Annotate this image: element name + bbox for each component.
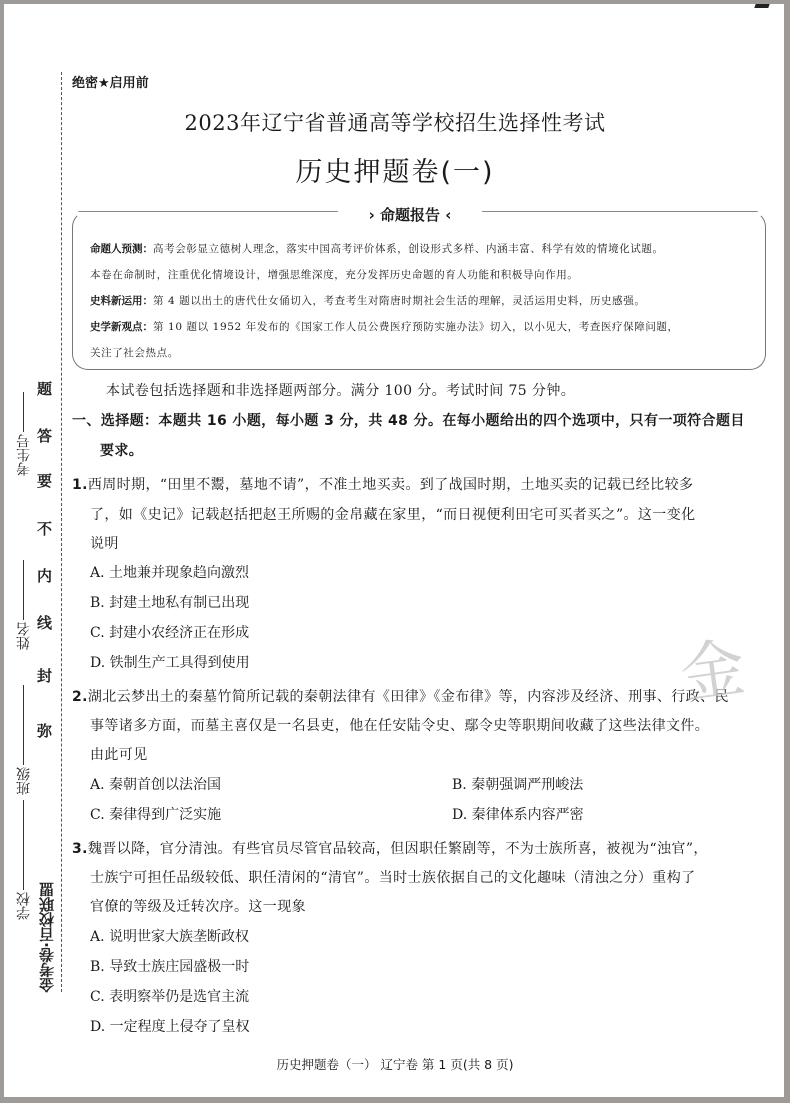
exam-number-label: 考生号	[16, 434, 32, 476]
name-label: 姓名	[16, 622, 32, 650]
question-3-line: 士族宁可担任品级较低、职任清闲的“清官”。当时士族依据自己的文化趣味（清浊之分）…	[90, 867, 696, 887]
section-heading-cont: 要求。	[100, 440, 143, 460]
school-label: 学校	[16, 892, 32, 920]
brand-watermark: 金	[674, 616, 750, 716]
exam-number-field[interactable]: 考生号	[14, 392, 34, 476]
report-item: 命题人预测：高考会彰显立德树人理念，落实中国高考评价体系，创设形式多样、内涵丰富…	[90, 241, 664, 256]
section-heading: 一、选择题：本题共 16 小题，每小题 3 分，共 48 分。在每小题给出的四个…	[72, 410, 745, 430]
question-2-option-c[interactable]: C. 秦律得到广泛实施	[90, 804, 221, 824]
binding-dotted-line	[61, 72, 62, 992]
paper-title: 历史押题卷(一)	[0, 150, 790, 189]
question-1-option-d[interactable]: D. 铁制生产工具得到使用	[90, 652, 250, 672]
question-1-line: 1.西周时期，“田里不鬻，墓地不请”，不准土地买卖。到了战国时期，土地买卖的记载…	[72, 474, 693, 494]
seal-char: 弥	[37, 720, 52, 741]
question-3-option-c[interactable]: C. 表明察举仍是选官主流	[90, 986, 249, 1006]
seal-char: 答	[37, 425, 52, 446]
question-2-line: 事等诸多方面，而墓主喜仅是一名县吏，他在任安陆令史、鄢令史等职期间收藏了这些法律…	[90, 715, 709, 735]
school-field[interactable]: 学校	[14, 800, 34, 920]
class-field[interactable]: 班级	[14, 685, 34, 795]
report-item: 关注了社会热点。	[90, 345, 179, 360]
question-3-line: 3.魏晋以降，官分清浊。有些官员尽管官品较高，但因职任繁剧等，不为士族所喜，被视…	[72, 838, 708, 858]
question-3-line: 官僚的等级及迁转次序。这一现象	[90, 896, 306, 916]
report-item: 史学新观点：第 10 题以 1952 年发布的《国家工作人员公费医疗预防实施办法…	[90, 319, 679, 334]
question-2-line: 2.湖北云梦出土的秦墓竹简所记载的秦朝法律有《田律》《金布律》等，内容涉及经济、…	[72, 686, 729, 706]
brand-label: 金考卷·百校联盟	[36, 882, 57, 993]
scan-mark	[754, 4, 769, 8]
name-field[interactable]: 姓名	[14, 560, 34, 650]
question-1-option-a[interactable]: A. 土地兼并现象趋向激烈	[90, 562, 249, 582]
question-2-option-d[interactable]: D. 秦律体系内容严密	[452, 804, 584, 824]
page-footer: 历史押题卷（一） 辽宁卷 第 1 页(共 8 页)	[0, 1055, 790, 1073]
seal-char: 题	[37, 378, 52, 399]
seal-char: 内	[37, 565, 52, 586]
question-1-line: 了，如《史记》记载赵括把赵王所赐的金帛藏在家里，“而日视便利田宅可买者买之”。这…	[90, 504, 696, 524]
question-2-option-b[interactable]: B. 秦朝强调严刑峻法	[452, 774, 583, 794]
seal-char: 要	[37, 470, 52, 491]
question-2-line: 由此可见	[90, 744, 148, 764]
question-2-option-a[interactable]: A. 秦朝首创以法治国	[90, 774, 221, 794]
question-3-option-b[interactable]: B. 导致士族庄园盛极一时	[90, 956, 249, 976]
report-item: 史料新运用：第 4 题以出土的唐代仕女俑切入，考查考生对隋唐时期社会生活的理解，…	[90, 293, 645, 308]
report-border-right	[482, 211, 758, 212]
class-label: 班级	[16, 767, 32, 795]
confidential-label: 绝密★启用前	[72, 72, 149, 91]
question-3-option-a[interactable]: A. 说明世家大族垄断政权	[90, 926, 249, 946]
seal-char: 封	[37, 665, 52, 686]
question-1-option-b[interactable]: B. 封建土地私有制已出现	[90, 592, 249, 612]
question-1-line: 说明	[90, 533, 119, 553]
exam-intro: 本试卷包括选择题和非选择题两部分。满分 100 分。考试时间 75 分钟。	[106, 380, 575, 400]
report-heading: › 命题报告 ‹	[336, 204, 484, 225]
question-3-option-d[interactable]: D. 一定程度上侵夺了皇权	[90, 1016, 250, 1036]
report-item: 本卷在命制时，注重优化情境设计，增强思维深度，充分发挥历史命题的育人功能和积极导…	[90, 267, 578, 282]
question-1-option-c[interactable]: C. 封建小农经济正在形成	[90, 622, 249, 642]
seal-char: 不	[37, 518, 52, 539]
seal-char: 线	[37, 612, 52, 633]
exam-title: 2023年辽宁省普通高等学校招生选择性考试	[0, 107, 790, 137]
report-border-left	[78, 211, 338, 212]
